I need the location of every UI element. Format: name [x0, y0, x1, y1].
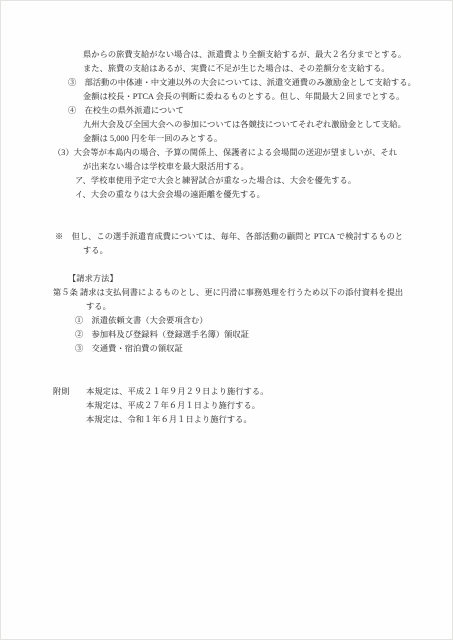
doc-line: ※ 但し、この選手派遣育成費については、毎年、各部活動の顧問と PTCA で検討…	[1, 230, 452, 244]
doc-line: ④ 在校生の県外派遣について	[1, 104, 452, 118]
doc-line: 第５条 請求は支払伺書によるものとし、更に円滑に事務処理を行うため以下の添付資料…	[1, 286, 452, 300]
doc-lines: 県からの旅費支給がない場合は、派遣費より全額支給するが、最大２名分までとする。ま…	[1, 48, 452, 427]
doc-line: （3）大会等が本島内の場合、予算の関係上、保護者による会場間の送迎が望ましいが、…	[1, 146, 452, 160]
document-page: 県からの旅費支給がない場合は、派遣費より全額支給するが、最大２名分までとする。ま…	[0, 0, 453, 640]
doc-line: する。	[1, 300, 452, 314]
doc-line: 本規定は、令和１年６月１日より施行する。	[1, 413, 452, 427]
doc-line: ② 参加料及び登録料（登録選手名簿）領収証	[1, 328, 452, 342]
doc-line: ③ 交通費・宿泊費の領収証	[1, 342, 452, 356]
doc-line: 【請求方法】	[1, 272, 452, 286]
doc-line: 県からの旅費支給がない場合は、派遣費より全額支給するが、最大２名分までとする。	[1, 48, 452, 62]
doc-line: ① 派遣依頼文書（大会要項含む）	[1, 314, 452, 328]
doc-line: 九州大会及び全国大会への参加については各競技についてそれぞれ激励金として支給。	[1, 118, 452, 132]
doc-line: する。	[1, 244, 452, 258]
doc-line: また、旅費の支給はあるが、実費に不足が生じた場合は、その差額分を支給する。	[1, 62, 452, 76]
doc-line: 附則 本規定は、平成２１年９月２９日より施行する。	[1, 385, 452, 399]
doc-line: ア、学校車使用予定で大会と練習試合が重なった場合は、大会を優先する。	[1, 174, 452, 188]
doc-line: 金額は校長・PTCA 会長の判断に委ねるものとする。但し、年間最大２回までとする…	[1, 90, 452, 104]
doc-line: が出来ない場合は学校車を最大限活用する。	[1, 160, 452, 174]
doc-line: ③ 部活動の中体連・中文連以外の大会については、派遣交通費のみ激励金として支給す…	[1, 76, 452, 90]
doc-line: 金額は 5,000 円を年一回のみとする。	[1, 132, 452, 146]
doc-line: イ、大会の重なりは大会会場の遠距離を優先する。	[1, 188, 452, 202]
doc-line: 本規定は、平成２７年６月１日より施行する。	[1, 399, 452, 413]
